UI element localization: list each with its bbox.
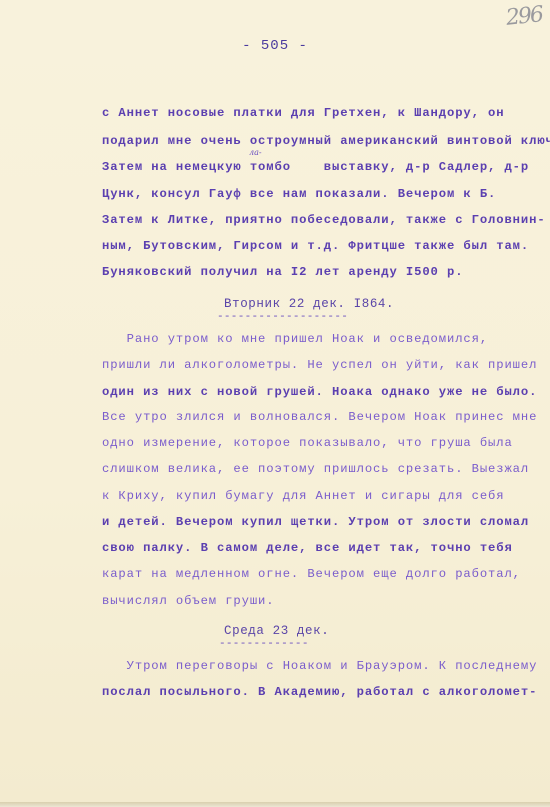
text-line: Рано утром ко мне пришел Ноак и осведоми… (102, 332, 488, 346)
page-number: - 505 - (0, 38, 550, 54)
document-page: 296 - 505 - с Аннет носовые платки для Г… (0, 0, 550, 802)
text-line: Затем на немецкую томбо выставку, д-р Са… (102, 160, 529, 174)
text-line: свою палку. В самом деле, все идет так, … (102, 541, 513, 555)
archive-folio-number: 296 (505, 2, 543, 31)
text-line: карат на медленном огне. Вечером еще дол… (102, 567, 521, 581)
text-line: вычислял объем груши. (102, 594, 275, 608)
text-line: один из них с новой грушей. Ноака однако… (102, 385, 537, 399)
text-line: Затем к Литке, приятно побеседовали, так… (102, 213, 546, 227)
text-line: одно измерение, которое показывало, что … (102, 436, 513, 450)
text-line: Все утро злился и волновался. Вечером Но… (102, 410, 537, 424)
text-line: и детей. Вечером купил щетки. Утром от з… (102, 515, 529, 529)
text-line: подарил мне очень остроумный американски… (102, 134, 550, 148)
text-line: ным, Бутовским, Гирсом и т.д. Фритцше та… (102, 239, 529, 253)
text-line: к Криху, купил бумагу для Аннет и сигары… (102, 489, 504, 503)
entry-heading: Вторник 22 дек. I864. (224, 297, 394, 311)
heading-underline: ------------------- (217, 311, 348, 323)
text-line: слишком велика, ее поэтому пришлось срез… (102, 462, 529, 476)
text-line: пришли ли алкоголометры. Не успел он уйт… (102, 358, 537, 372)
text-line: с Аннет носовые платки для Гретхен, к Ша… (102, 106, 504, 120)
paper-bottom-edge (0, 802, 550, 807)
handwritten-insertion: ла- (249, 148, 262, 157)
entry-heading: Среда 23 дек. (224, 624, 329, 638)
heading-underline: ------------- (219, 638, 309, 650)
text-line: послал посыльного. В Академию, работал с… (102, 685, 537, 699)
text-line: Буняковский получил на I2 лет аренду I50… (102, 265, 463, 279)
text-line: Утром переговоры с Ноаком и Брауэром. К … (102, 659, 537, 673)
text-line: Цунк, консул Гауф все нам показали. Вече… (102, 187, 496, 201)
